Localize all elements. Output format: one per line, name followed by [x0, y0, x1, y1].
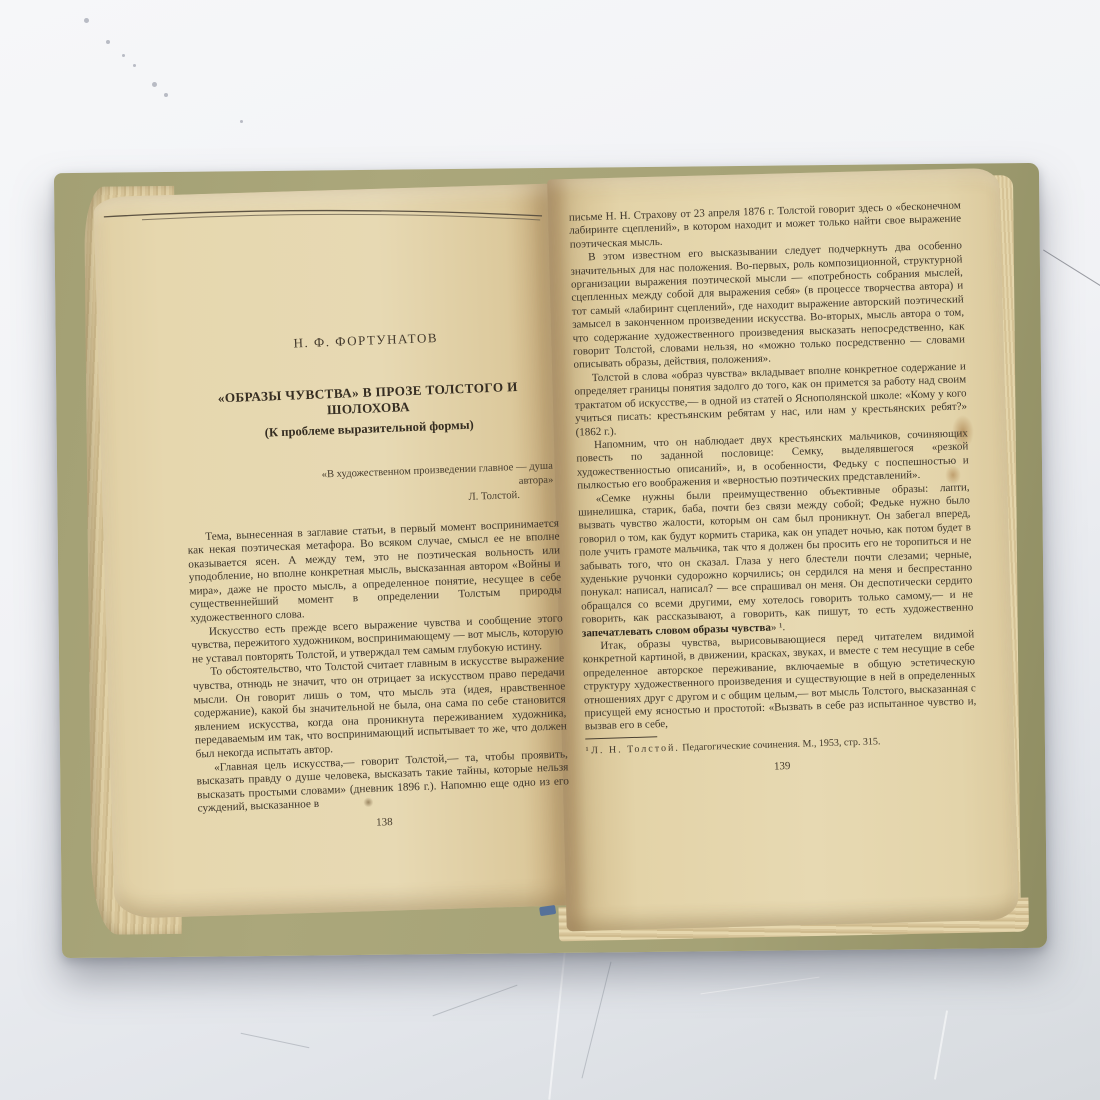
right-page-body: письме Н. Н. Страхову от 23 апреля 1876 … — [569, 199, 977, 734]
printed-rule — [102, 196, 549, 235]
paragraph: В этом известном его высказывании следуе… — [570, 240, 966, 373]
paragraph: Тема, вынесенная в заглавие статьи, в пе… — [187, 517, 562, 626]
left-page-body: Тема, вынесенная в заглавие статьи, в пе… — [187, 517, 570, 817]
footnote-rule — [585, 736, 657, 739]
left-page-content: Н. Ф. ФОРТУНАТОВ «ОБРАЗЫ ЧУВСТВА» В ПРОЗ… — [180, 326, 571, 836]
paragraph: То обстоятельство, что Толстой считает г… — [192, 653, 567, 762]
epigraph: «В художественном произведении главное —… — [315, 460, 554, 511]
photo-background: Н. Ф. ФОРТУНАТОВ «ОБРАЗЫ ЧУВСТВА» В ПРОЗ… — [0, 0, 1100, 1100]
open-book: Н. Ф. ФОРТУНАТОВ «ОБРАЗЫ ЧУВСТВА» В ПРОЗ… — [0, 0, 1100, 1100]
footnote-text: Педагогические сочинения. М., 1953, стр.… — [680, 736, 881, 753]
paragraph-with-emphasis: «Семке нужны были преимущественно объект… — [578, 481, 974, 641]
quote-text: «Семке нужны были преимущественно объект… — [578, 481, 974, 626]
footnote-author: Л. Н. Толстой. — [591, 742, 680, 756]
paragraph: Итак, образы чувства, вырисовывающиеся п… — [582, 628, 977, 734]
quote-close: » ¹. — [771, 621, 786, 633]
right-page-content: письме Н. Н. Страхову от 23 апреля 1876 … — [568, 183, 978, 778]
paragraph: Толстой в слова «образ чувства» вкладыва… — [574, 360, 968, 439]
